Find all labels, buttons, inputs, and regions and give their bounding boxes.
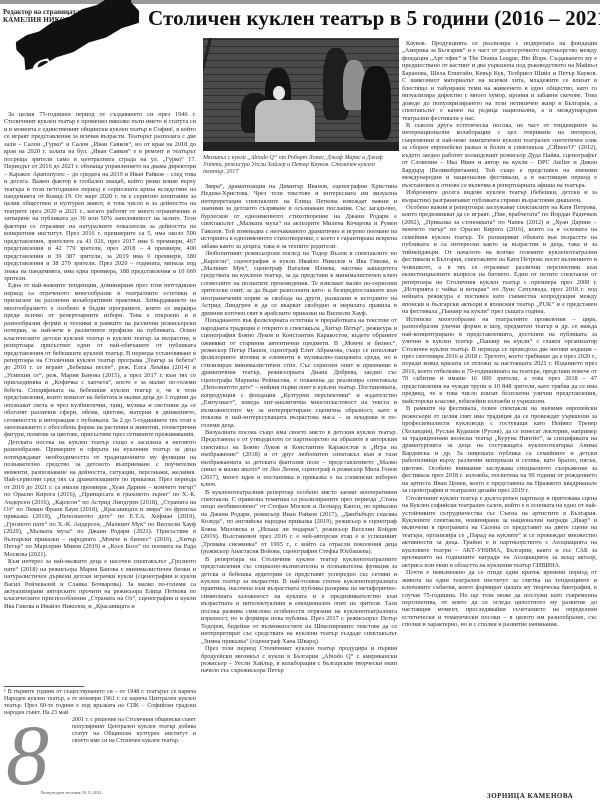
paragraph: Столичният куклен театър е дългосрочен п… bbox=[402, 495, 597, 570]
article-title: Столичен куклен театър в 5 години (2016 … bbox=[148, 6, 598, 31]
footnote-continuation: 2001 г. с решение на Столичния общински … bbox=[72, 717, 196, 745]
paragraph: В рамките на фестивала, освен спектакли … bbox=[402, 405, 597, 494]
paragraph: Особено важни в репертоара заслужават сп… bbox=[402, 204, 597, 316]
article-column-left: За целия 75-годишен период от създаванет… bbox=[4, 111, 196, 684]
paragraph: В репертоара на Столичния куклен театър … bbox=[201, 556, 397, 645]
paragraph: Към интерес за най-малките деца е насоче… bbox=[4, 558, 196, 610]
paragraph: Звяра“, драматизация на Димитър Иванов, … bbox=[201, 183, 397, 250]
paragraph: За целия 75-годишен период от създаванет… bbox=[4, 111, 196, 282]
paragraph: Попаднаното във фолклорната естетика и п… bbox=[201, 317, 397, 429]
performer-figure bbox=[361, 66, 391, 140]
paragraph: През този период Столичният куклен театъ… bbox=[201, 645, 397, 675]
photo-caption: Мюзикъл с кукли „Abiodo Q“ от Робърт Лоп… bbox=[203, 155, 397, 176]
paragraph: Изброените досега видове куклен театър (… bbox=[402, 189, 597, 204]
issue-line: Литературен вестник 10.11.2021 bbox=[40, 790, 102, 795]
paragraph: Любопитният режисьорски поглед на Тодор … bbox=[201, 250, 397, 317]
paragraph: Детската посока на куклен театър също е … bbox=[4, 439, 196, 558]
footnote-divider bbox=[4, 686, 84, 687]
paragraph: В кукленотеатралния репертоар особено мя… bbox=[201, 489, 397, 556]
puppet bbox=[273, 86, 285, 100]
paragraph: В съвсем друга естетическа посока, но ча… bbox=[402, 122, 597, 189]
page-number: 8 bbox=[6, 712, 49, 798]
armchair bbox=[255, 100, 315, 146]
paragraph: Визуалната посока също има своето място … bbox=[201, 429, 397, 489]
article-column-middle: Звяра“, драматизация на Димитър Иванов, … bbox=[201, 183, 397, 798]
top-border-bar bbox=[0, 0, 600, 4]
author-signature: ЗОРНИЦА КАМЕНОВА bbox=[487, 792, 573, 800]
article-column-right: Кауков. Продукцията се реализира с подкр… bbox=[402, 40, 597, 769]
paragraph: Истинско многообразие на театралните про… bbox=[402, 316, 597, 405]
paragraph: Кауков. Продукцията се реализира с подкр… bbox=[402, 40, 597, 122]
theatre-photo bbox=[203, 38, 399, 151]
paragraph: Една от най-важните тенденции, доминиран… bbox=[4, 282, 196, 439]
stage-floor bbox=[203, 142, 399, 151]
paragraph: Почти е невъзможно да се отиде един крат… bbox=[402, 569, 597, 629]
